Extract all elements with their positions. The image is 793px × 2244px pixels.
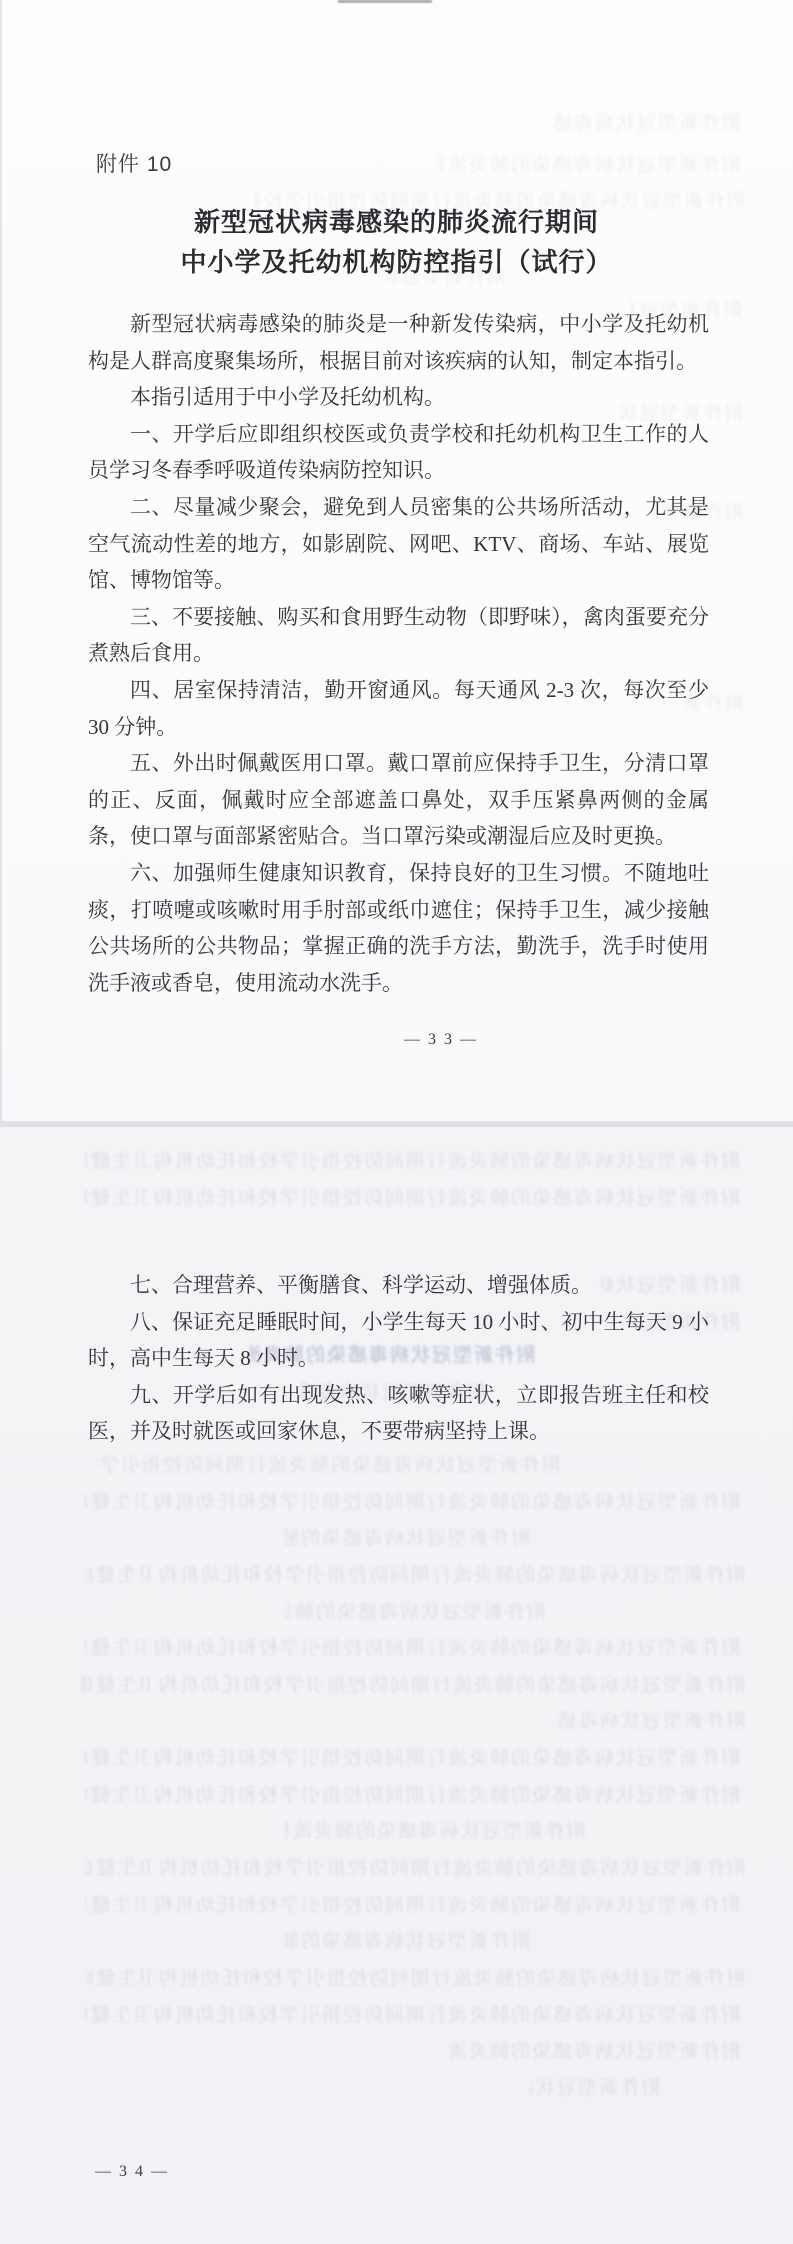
page-edge [0,0,2,1121]
scanned-document: 附件新型冠状病毒感染的肺炎流行期间防控指引学校和托幼机构卫生健康教育管理要求落实… [0,0,793,2244]
document-title-line1: 新型冠状病毒感染的肺炎流行期间 [0,203,793,243]
paragraph: 三、不要接触、购买和食用野生动物（即野味），禽肉蛋要充分煮熟后食用。 [88,599,709,672]
paragraph: 一、开学后应即组织校医或负责学校和托幼机构卫生工作的人员学习冬春季呼吸道传染病防… [88,416,709,489]
page-number-34: — 3 4 — [95,2163,169,2181]
paragraph: 七、合理营养、平衡膳食、科学运动、增强体质。 [88,1267,709,1304]
page-34-body: 七、合理营养、平衡膳食、科学运动、增强体质。八、保证充足睡眠时间，小学生每天 1… [88,1267,709,1450]
page-33: 附件 10 新型冠状病毒感染的肺炎流行期间 中小学及托幼机构防控指引（试行） 新… [0,0,793,1121]
page-number-33: — 3 3 — [404,1031,478,1049]
document-title-line2: 中小学及托幼机构防控指引（试行） [0,243,793,283]
paragraph: 九、开学后如有出现发热、咳嗽等症状，立即报告班主任和校医，并及时就医或回家休息，… [88,1377,709,1450]
paragraph: 新型冠状病毒感染的肺炎是一种新发传染病，中小学及托幼机构是人群高度聚集场所，根据… [88,306,709,379]
paragraph: 本指引适用于中小学及托幼机构。 [88,379,709,416]
scan-smudge [338,0,432,3]
paragraph: 六、加强师生健康知识教育，保持良好的卫生习惯。不随地吐痰，打喷嚏或咳嗽时用手肘部… [88,855,709,1001]
paragraph: 四、居室保持清洁，勤开窗通风。每天通风 2-3 次，每次至少 30 分钟。 [88,672,709,745]
document-title: 新型冠状病毒感染的肺炎流行期间 中小学及托幼机构防控指引（试行） [0,203,793,283]
page-33-body: 新型冠状病毒感染的肺炎是一种新发传染病，中小学及托幼机构是人群高度聚集场所，根据… [88,306,709,1001]
paragraph: 二、尽量减少聚会，避免到人员密集的公共场所活动，尤其是空气流动性差的地方，如影剧… [88,489,709,599]
paragraph: 八、保证充足睡眠时间，小学生每天 10 小时、初中生每天 9 小时，高中生每天 … [88,1304,709,1377]
attachment-label: 附件 10 [96,148,172,178]
paragraph: 五、外出时佩戴医用口罩。戴口罩前应保持手卫生，分清口罩的正、反面，佩戴时应全部遮… [88,745,709,855]
page-34: 七、合理营养、平衡膳食、科学运动、增强体质。八、保证充足睡眠时间，小学生每天 1… [0,1127,793,2244]
